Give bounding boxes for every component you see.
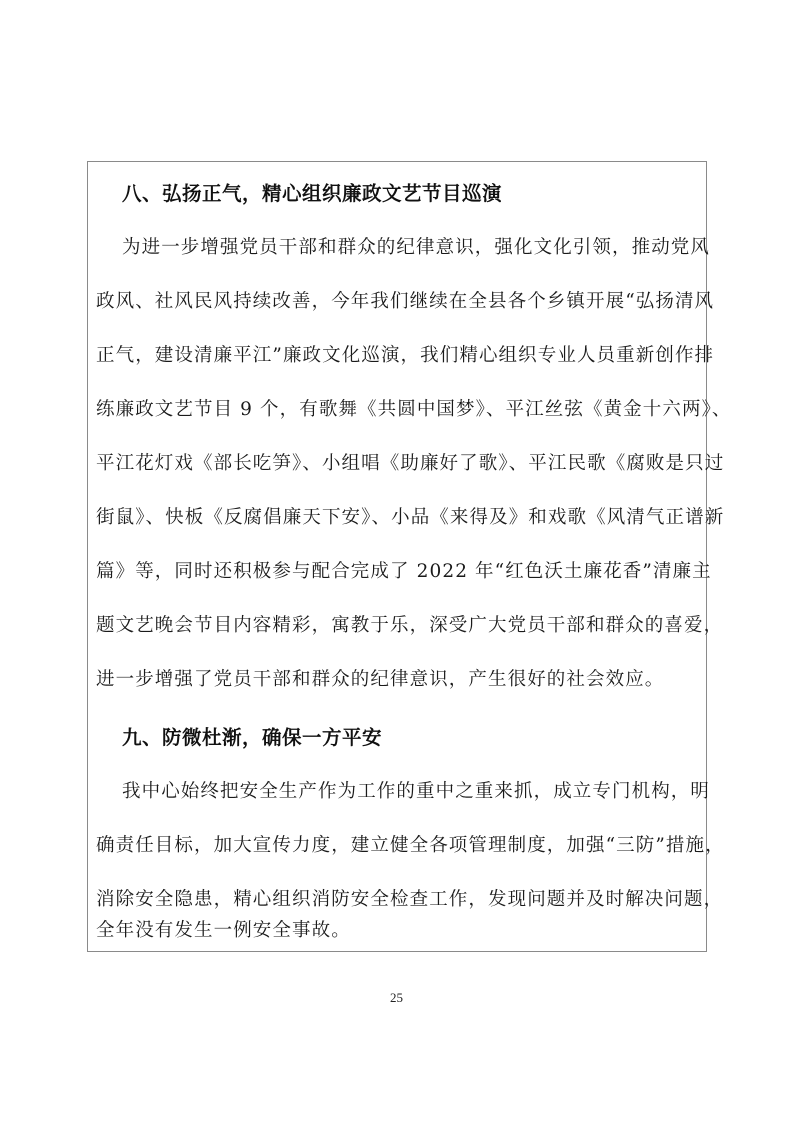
paragraph-line: 正气，建设清廉平江”廉政文化巡演，我们精心组织专业人员重新创作排 [96, 341, 714, 367]
paragraph-line: 为进一步增强党员干部和群众的纪律意识，强化文化引领，推动党风 [122, 233, 710, 259]
section-heading-8: 八、弘扬正气，精心组织廉政文艺节目巡演 [122, 178, 502, 206]
paragraph-line: 全年没有发生一例安全事故。 [96, 916, 351, 942]
paragraph-line: 练廉政文艺节目 9 个，有歌舞《共圆中国梦》、平江丝弦《黄金十六两》、 [96, 395, 732, 421]
paragraph-line: 进一步增强了党员干部和群众的纪律意识，产生很好的社会效应。 [96, 665, 664, 691]
page-number: 25 [0, 990, 793, 1006]
content-frame: 八、弘扬正气，精心组织廉政文艺节目巡演 为进一步增强党员干部和群众的纪律意识，强… [87, 161, 707, 952]
paragraph-line: 消除安全隐患，精心组织消防安全检查工作，发现问题并及时解决问题， [96, 885, 723, 911]
paragraph-line: 平江花灯戏《部长吃笋》、小组唱《助廉好了歌》、平江民歌《腐败是只过 [96, 449, 724, 475]
paragraph-line: 政风、社风民风持续改善，今年我们继续在全县各个乡镇开展“弘扬清风 [96, 287, 714, 313]
paragraph-line: 题文艺晚会节目内容精彩，寓教于乐，深受广大党员干部和群众的喜爱， [96, 611, 723, 637]
paragraph-line: 篇》等，同时还积极参与配合完成了 2022 年“红色沃土廉花香”清廉主 [96, 557, 712, 583]
paragraph-line: 街鼠》、快板《反腐倡廉天下安》、小品《来得及》和戏歌《风清气正谱新 [96, 503, 724, 529]
paragraph-line: 确责任目标，加大宣传力度，建立健全各项管理制度，加强“三防”措施， [96, 831, 725, 857]
paragraph-line: 我中心始终把安全生产作为工作的重中之重来抓，成立专门机构，明 [122, 777, 710, 803]
section-heading-9: 九、防微杜渐，确保一方平安 [122, 722, 382, 750]
